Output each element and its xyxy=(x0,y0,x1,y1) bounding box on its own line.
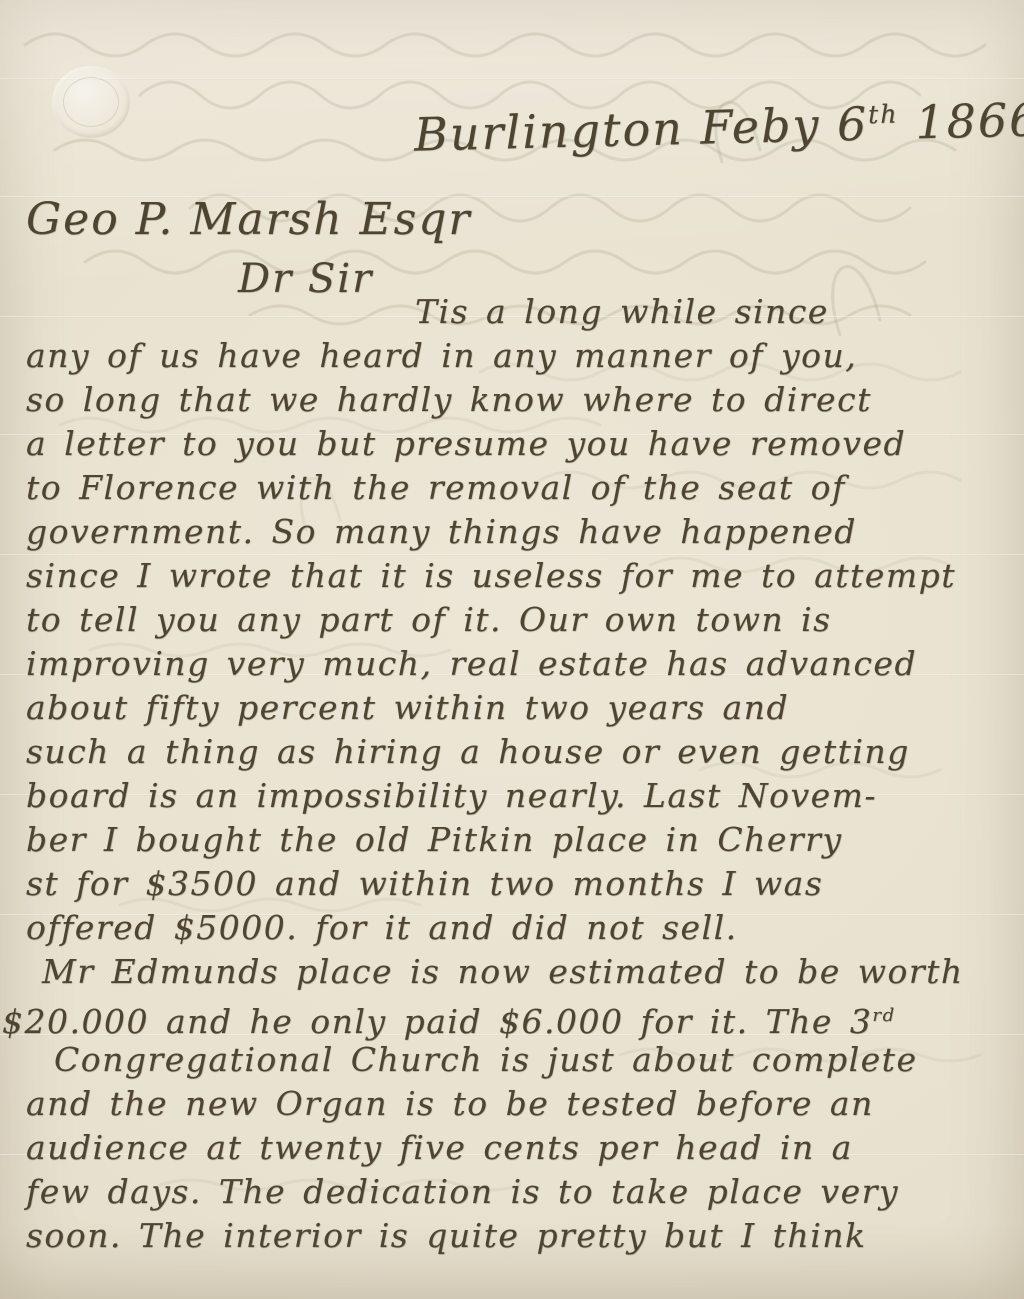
letter-line-16: Mr Edmunds place is now estimated to be … xyxy=(0,950,1010,994)
letter-line-14: st for $3500 and within two months I was xyxy=(0,862,1010,906)
letter-line-12: board is an impossibility nearly. Last N… xyxy=(0,774,1010,818)
letter-line-21: few days. The dedication is to take plac… xyxy=(0,1170,1010,1214)
letter-line-19: and the new Organ is to be tested before… xyxy=(0,1082,1010,1126)
letter-line-5: to Florence with the removal of the seat… xyxy=(0,466,1010,510)
fold-crease xyxy=(0,78,1024,80)
letter-line-2: any of us have heard in any manner of yo… xyxy=(0,334,1010,378)
letter-line-6: government. So many things have happened xyxy=(0,510,1010,554)
letter-line-17: $20.000 and he only paid $6.000 for it. … xyxy=(0,994,1010,1038)
letter-line-4: a letter to you but presume you have rem… xyxy=(0,422,1010,466)
letter-line-7: since I wrote that it is useless for me … xyxy=(0,554,1010,598)
letter-line-8: to tell you any part of it. Our own town… xyxy=(0,598,1010,642)
letter-line-18: Congregational Church is just about comp… xyxy=(0,1038,1010,1082)
letter-line-20: audience at twenty five cents per head i… xyxy=(0,1126,1010,1170)
letter-line-11: such a thing as hiring a house or even g… xyxy=(0,730,1010,774)
letter-line-15: offered $5000. for it and did not sell. xyxy=(0,906,1010,950)
dateline: Burlington Feby 6th 1866 xyxy=(413,92,1024,161)
letter-line-10: about fifty percent within two years and xyxy=(0,686,1010,730)
embossed-seal xyxy=(52,66,130,138)
letter-line-9: improving very much, real estate has adv… xyxy=(0,642,1010,686)
letter-line-22: soon. The interior is quite pretty but I… xyxy=(0,1214,1010,1258)
letter-body: Tis a long while sinceany of us have hea… xyxy=(0,290,1010,1258)
letter-line-13: ber I bought the old Pitkin place in Che… xyxy=(0,818,1010,862)
recipient-name: Geo P. Marsh Esqr xyxy=(26,194,471,245)
letter-line-3: so long that we hardly know where to dir… xyxy=(0,378,1010,422)
letter-line-1: Tis a long while since xyxy=(0,290,1010,334)
letter-page: Burlington Feby 6th 1866 Geo P. Marsh Es… xyxy=(0,0,1024,1299)
